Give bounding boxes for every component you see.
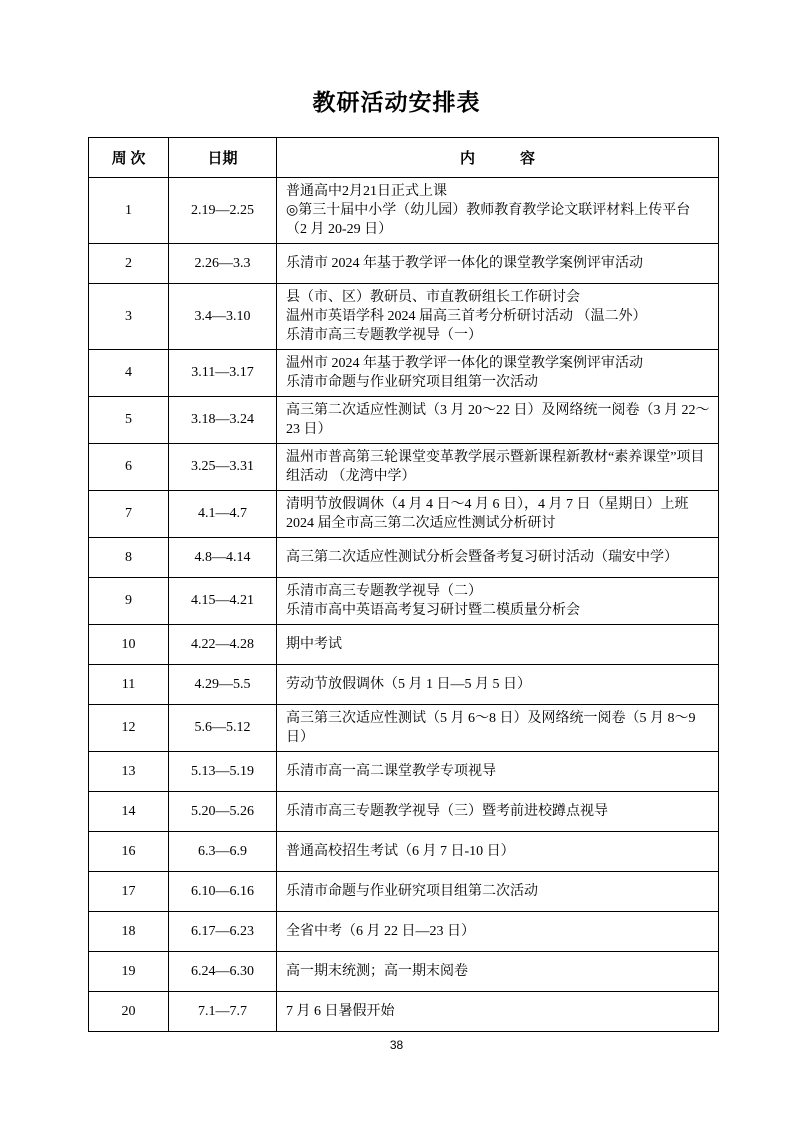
date-cell: 3.11—3.17 xyxy=(169,350,277,397)
header-row: 周 次 日期 内 容 xyxy=(89,138,719,178)
table-row: 207.1—7.77 月 6 日暑假开始 xyxy=(89,992,719,1032)
content-cell: 乐清市 2024 年基于教学评一体化的课堂教学案例评审活动 xyxy=(277,244,719,284)
date-cell: 6.17—6.23 xyxy=(169,912,277,952)
week-cell: 9 xyxy=(89,578,169,625)
content-line: 乐清市高一高二课堂教学专项视导 xyxy=(286,762,712,781)
table-row: 33.4—3.10县（市、区）教研员、市直教研组长工作研讨会温州市英语学科 20… xyxy=(89,284,719,350)
content-cell: 温州市普高第三轮课堂变革教学展示暨新课程新教材“素养课堂”项目组活动 （龙湾中学… xyxy=(277,444,719,491)
content-cell: 高三第三次适应性测试（5 月 6～8 日）及网络统一阅卷（5 月 8～9 日） xyxy=(277,705,719,752)
week-cell: 5 xyxy=(89,397,169,444)
table-row: 135.13—5.19乐清市高一高二课堂教学专项视导 xyxy=(89,752,719,792)
date-cell: 6.3—6.9 xyxy=(169,832,277,872)
table-row: 166.3—6.9普通高校招生考试（6 月 7 日-10 日） xyxy=(89,832,719,872)
table-row: 196.24—6.30高一期末统测；高一期末阅卷 xyxy=(89,952,719,992)
table-row: 94.15—4.21乐清市高三专题教学视导（二）乐清市高中英语高考复习研讨暨二模… xyxy=(89,578,719,625)
page-number: 38 xyxy=(0,1038,793,1052)
table-row: 84.8—4.14高三第二次适应性测试分析会暨备考复习研讨活动（瑞安中学） xyxy=(89,538,719,578)
content-cell: 期中考试 xyxy=(277,625,719,665)
content-line: 乐清市高三专题教学视导（二） xyxy=(286,582,712,601)
content-cell: 乐清市高一高二课堂教学专项视导 xyxy=(277,752,719,792)
table-row: 114.29—5.5劳动节放假调休（5 月 1 日—5 月 5 日） xyxy=(89,665,719,705)
content-line: 高三第二次适应性测试分析会暨备考复习研讨活动（瑞安中学） xyxy=(286,548,712,567)
content-line: ◎第三十届中小学（幼儿园）教师教育教学论文联评材料上传平台 xyxy=(286,201,712,220)
week-cell: 20 xyxy=(89,992,169,1032)
col-header-date: 日期 xyxy=(169,138,277,178)
date-cell: 3.25—3.31 xyxy=(169,444,277,491)
content-line: 乐清市 2024 年基于教学评一体化的课堂教学案例评审活动 xyxy=(286,254,712,273)
date-cell: 5.6—5.12 xyxy=(169,705,277,752)
date-cell: 5.20—5.26 xyxy=(169,792,277,832)
week-cell: 8 xyxy=(89,538,169,578)
content-cell: 乐清市高三专题教学视导（三）暨考前进校蹲点视导 xyxy=(277,792,719,832)
table-row: 125.6—5.12高三第三次适应性测试（5 月 6～8 日）及网络统一阅卷（5… xyxy=(89,705,719,752)
table-row: 186.17—6.23全省中考（6 月 22 日—23 日） xyxy=(89,912,719,952)
content-cell: 劳动节放假调休（5 月 1 日—5 月 5 日） xyxy=(277,665,719,705)
date-cell: 4.8—4.14 xyxy=(169,538,277,578)
table-row: 43.11—3.17温州市 2024 年基于教学评一体化的课堂教学案例评审活动乐… xyxy=(89,350,719,397)
table-row: 176.10—6.16乐清市命题与作业研究项目组第二次活动 xyxy=(89,872,719,912)
date-cell: 6.24—6.30 xyxy=(169,952,277,992)
content-line: 温州市 2024 年基于教学评一体化的课堂教学案例评审活动 xyxy=(286,354,712,373)
content-cell: 普通高中2月21日正式上课◎第三十届中小学（幼儿园）教师教育教学论文联评材料上传… xyxy=(277,178,719,244)
content-line: 7 月 6 日暑假开始 xyxy=(286,1002,712,1021)
content-line: 乐清市命题与作业研究项目组第二次活动 xyxy=(286,882,712,901)
table-row: 104.22—4.28期中考试 xyxy=(89,625,719,665)
week-cell: 10 xyxy=(89,625,169,665)
content-line: 清明节放假调休（4 月 4 日～4 月 6 日），4 月 7 日（星期日）上班 xyxy=(286,495,712,514)
content-line: 普通高中2月21日正式上课 xyxy=(286,182,712,201)
week-cell: 12 xyxy=(89,705,169,752)
content-line: 乐清市命题与作业研究项目组第一次活动 xyxy=(286,373,712,392)
date-cell: 5.13—5.19 xyxy=(169,752,277,792)
table-row: 74.1—4.7清明节放假调休（4 月 4 日～4 月 6 日），4 月 7 日… xyxy=(89,491,719,538)
table-header: 周 次 日期 内 容 xyxy=(89,138,719,178)
content-line: 普通高校招生考试（6 月 7 日-10 日） xyxy=(286,842,712,861)
week-cell: 4 xyxy=(89,350,169,397)
content-cell: 高一期末统测；高一期末阅卷 xyxy=(277,952,719,992)
table-row: 22.26—3.3乐清市 2024 年基于教学评一体化的课堂教学案例评审活动 xyxy=(89,244,719,284)
schedule-table: 周 次 日期 内 容 12.19—2.25普通高中2月21日正式上课◎第三十届中… xyxy=(88,137,719,1032)
schedule-table-body: 12.19—2.25普通高中2月21日正式上课◎第三十届中小学（幼儿园）教师教育… xyxy=(89,178,719,1032)
col-header-content: 内 容 xyxy=(277,138,719,178)
date-cell: 4.15—4.21 xyxy=(169,578,277,625)
content-line: 全省中考（6 月 22 日—23 日） xyxy=(286,922,712,941)
content-line: 高一期末统测；高一期末阅卷 xyxy=(286,962,712,981)
content-cell: 高三第二次适应性测试分析会暨备考复习研讨活动（瑞安中学） xyxy=(277,538,719,578)
week-cell: 19 xyxy=(89,952,169,992)
content-cell: 普通高校招生考试（6 月 7 日-10 日） xyxy=(277,832,719,872)
content-line: 2024 届全市高三第二次适应性测试分析研讨 xyxy=(286,514,712,533)
date-cell: 6.10—6.16 xyxy=(169,872,277,912)
date-cell: 2.26—3.3 xyxy=(169,244,277,284)
table-row: 63.25—3.31温州市普高第三轮课堂变革教学展示暨新课程新教材“素养课堂”项… xyxy=(89,444,719,491)
content-line: 期中考试 xyxy=(286,635,712,654)
week-cell: 11 xyxy=(89,665,169,705)
content-line: 温州市英语学科 2024 届高三首考分析研讨活动 （温二外） xyxy=(286,307,712,326)
content-line: （2 月 20-29 日） xyxy=(286,220,712,239)
date-cell: 2.19—2.25 xyxy=(169,178,277,244)
table-row: 145.20—5.26乐清市高三专题教学视导（三）暨考前进校蹲点视导 xyxy=(89,792,719,832)
content-cell: 县（市、区）教研员、市直教研组长工作研讨会温州市英语学科 2024 届高三首考分… xyxy=(277,284,719,350)
content-cell: 7 月 6 日暑假开始 xyxy=(277,992,719,1032)
content-cell: 乐清市命题与作业研究项目组第二次活动 xyxy=(277,872,719,912)
content-line: 县（市、区）教研员、市直教研组长工作研讨会 xyxy=(286,288,712,307)
content-line: 乐清市高三专题教学视导（三）暨考前进校蹲点视导 xyxy=(286,802,712,821)
date-cell: 7.1—7.7 xyxy=(169,992,277,1032)
date-cell: 4.22—4.28 xyxy=(169,625,277,665)
content-line: 乐清市高中英语高考复习研讨暨二模质量分析会 xyxy=(286,601,712,620)
week-cell: 16 xyxy=(89,832,169,872)
week-cell: 18 xyxy=(89,912,169,952)
date-cell: 4.29—5.5 xyxy=(169,665,277,705)
week-cell: 13 xyxy=(89,752,169,792)
content-cell: 清明节放假调休（4 月 4 日～4 月 6 日），4 月 7 日（星期日）上班2… xyxy=(277,491,719,538)
date-cell: 3.4—3.10 xyxy=(169,284,277,350)
content-line: 劳动节放假调休（5 月 1 日—5 月 5 日） xyxy=(286,675,712,694)
content-cell: 温州市 2024 年基于教学评一体化的课堂教学案例评审活动乐清市命题与作业研究项… xyxy=(277,350,719,397)
document-page: 教研活动安排表 周 次 日期 内 容 12.19—2.25普通高中2月21日正式… xyxy=(0,0,793,1122)
content-line: 高三第二次适应性测试（3 月 20～22 日）及网络统一阅卷（3 月 22～23… xyxy=(286,401,712,439)
page-title: 教研活动安排表 xyxy=(0,84,793,117)
week-cell: 6 xyxy=(89,444,169,491)
content-cell: 高三第二次适应性测试（3 月 20～22 日）及网络统一阅卷（3 月 22～23… xyxy=(277,397,719,444)
col-header-week: 周 次 xyxy=(89,138,169,178)
content-line: 乐清市高三专题教学视导（一） xyxy=(286,326,712,345)
content-line: 高三第三次适应性测试（5 月 6～8 日）及网络统一阅卷（5 月 8～9 日） xyxy=(286,709,712,747)
content-cell: 全省中考（6 月 22 日—23 日） xyxy=(277,912,719,952)
week-cell: 1 xyxy=(89,178,169,244)
content-line: 温州市普高第三轮课堂变革教学展示暨新课程新教材“素养课堂”项目组活动 （龙湾中学… xyxy=(286,448,712,486)
date-cell: 4.1—4.7 xyxy=(169,491,277,538)
week-cell: 17 xyxy=(89,872,169,912)
date-cell: 3.18—3.24 xyxy=(169,397,277,444)
content-cell: 乐清市高三专题教学视导（二）乐清市高中英语高考复习研讨暨二模质量分析会 xyxy=(277,578,719,625)
table-row: 53.18—3.24高三第二次适应性测试（3 月 20～22 日）及网络统一阅卷… xyxy=(89,397,719,444)
week-cell: 3 xyxy=(89,284,169,350)
week-cell: 14 xyxy=(89,792,169,832)
table-row: 12.19—2.25普通高中2月21日正式上课◎第三十届中小学（幼儿园）教师教育… xyxy=(89,178,719,244)
week-cell: 7 xyxy=(89,491,169,538)
week-cell: 2 xyxy=(89,244,169,284)
